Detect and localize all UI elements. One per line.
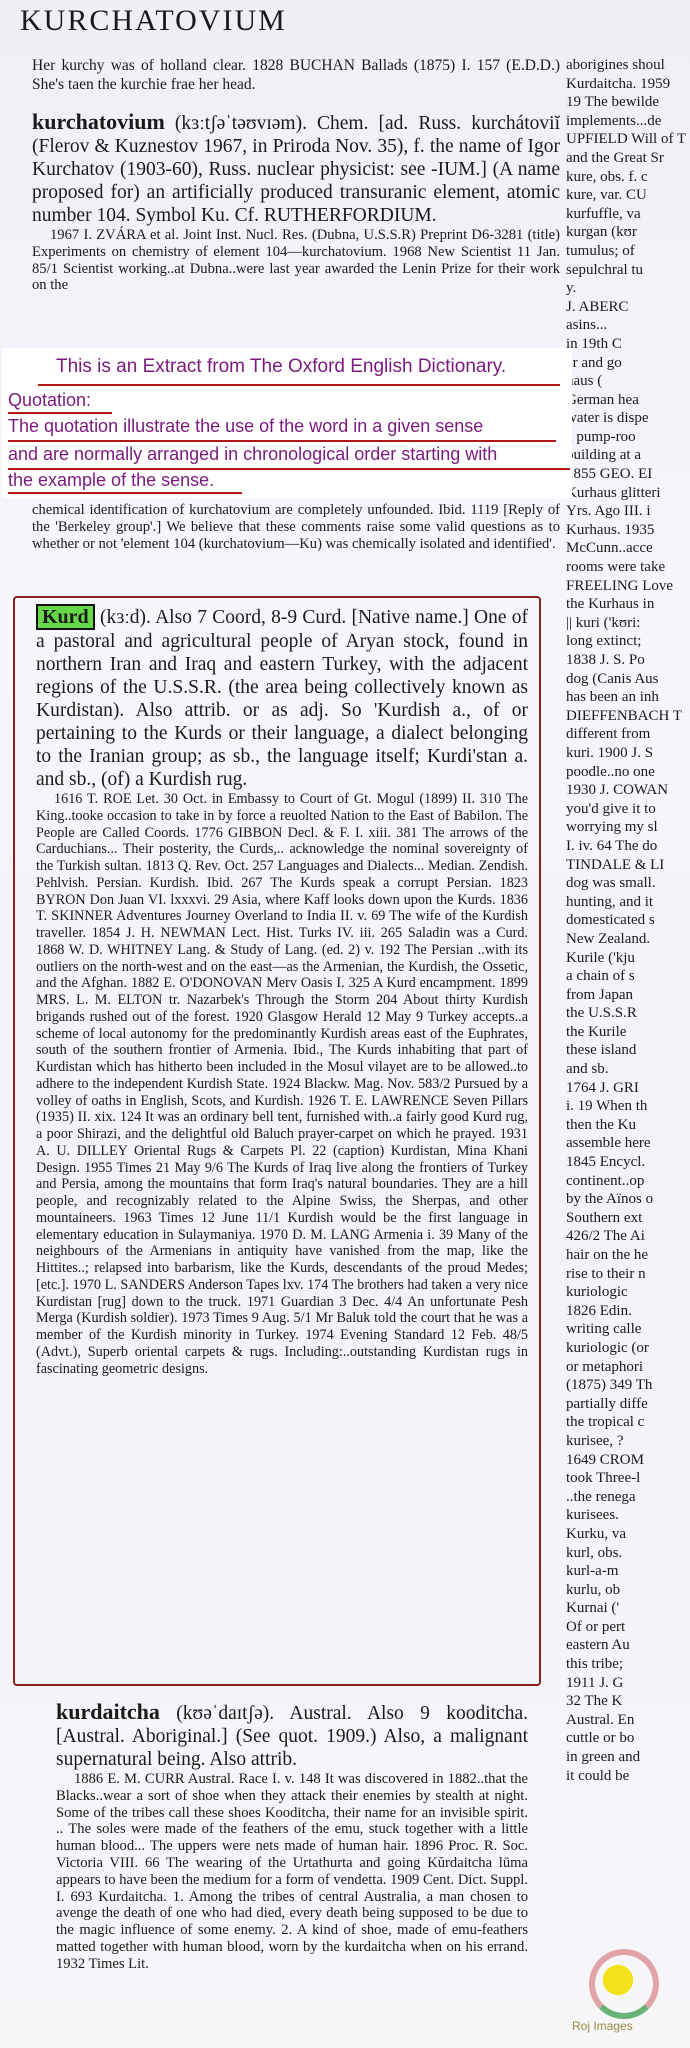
pronunciation: (kɜːtʃəˈtəʊvɪəm). (165, 113, 317, 134)
right-column-line: kuriologic (or (566, 1339, 690, 1358)
right-column-line: partially diffe (566, 1395, 690, 1414)
entry-kurdaitcha: kurdaitcha (kʊəˈdaɪtʃə). Austral. Also 9… (56, 1700, 528, 1973)
right-column-line: kurisee, ? (566, 1432, 690, 1451)
right-column-line: Kurhaus. 1935 (566, 521, 690, 540)
dictionary-page: KURCHATOVIUM Her kurchy was of holland c… (0, 0, 690, 2048)
right-column-line: 1845 Encycl. (566, 1153, 690, 1172)
quotations-kurchatovium: 1967 I. ZVÁRA et al. Joint Inst. Nucl. R… (32, 227, 560, 294)
right-column-line: long extinct; (566, 632, 690, 651)
notice-line-3: the example of the sense. (8, 470, 214, 491)
right-column-line: assemble here (566, 1134, 690, 1153)
notice-line-2: and are normally arranged in chronologic… (8, 444, 497, 465)
kurdish-sun-emblem-icon (583, 1945, 653, 2015)
kurchatovium-continuation: chemical identification of kurchatovium … (32, 502, 560, 552)
right-column-line: continent..op (566, 1172, 690, 1191)
right-column-line: kure, obs. f. c (566, 168, 690, 187)
right-column-line: poodle..no one (566, 763, 690, 782)
left-column: Her kurchy was of holland clear. 1828 BU… (32, 56, 560, 294)
right-column-line: FREELING Love (566, 577, 690, 596)
kurd-quotations: 1616 T. ROE Let. 30 Oct. in Embassy to C… (36, 791, 528, 1377)
right-column-line: these island (566, 1041, 690, 1060)
right-column-line: in 19th C (566, 335, 690, 354)
right-column-line: kuri. 1900 J. S (566, 744, 690, 763)
right-column-line: asins... (566, 316, 690, 335)
right-column-line: eastern Au (566, 1636, 690, 1655)
right-column-line: New Zealand. (566, 930, 690, 949)
right-column-line: different from (566, 725, 690, 744)
right-column-line: the U.S.S.R (566, 1004, 690, 1023)
right-column-line: (1875) 349 Th (566, 1376, 690, 1395)
right-column-line: 32 The K (566, 1692, 690, 1711)
right-column-line: 19 The bewilde (566, 93, 690, 112)
right-column-line: Austral. En (566, 1711, 690, 1730)
right-column-line: hunting, and it (566, 893, 690, 912)
right-column-line: 1764 J. GRI (566, 1079, 690, 1098)
right-column-line: 1649 CROM (566, 1451, 690, 1470)
right-column-line: writing calle (566, 1320, 690, 1339)
right-column-line: kuriologic (566, 1283, 690, 1302)
right-column-line: J. ABERC (566, 298, 690, 317)
running-head: KURCHATOVIUM (20, 4, 287, 38)
right-column-line: building at a (566, 446, 690, 465)
right-column-line: kurisees. (566, 1506, 690, 1525)
right-column-line: then the Ku (566, 1116, 690, 1135)
underline (8, 412, 112, 414)
right-column-line: a pump-roo (566, 428, 690, 447)
notice-title: This is an Extract from The Oxford Engli… (56, 356, 506, 378)
kurd-definition: (kɜːd). Also 7 Coord, 8-9 Curd. [Native … (36, 607, 528, 790)
right-column-line: Kurhaus glitteri (566, 484, 690, 503)
right-column-line: UPFIELD Will of T (566, 130, 690, 149)
right-column-line: i. 19 When th (566, 1097, 690, 1116)
right-column-line: haus ( (566, 372, 690, 391)
underline (8, 440, 556, 442)
right-column-line: cuttle or bo (566, 1729, 690, 1748)
right-column-line: rise to their n (566, 1265, 690, 1284)
right-column-line: dog (Canis Aus (566, 670, 690, 689)
right-column-line: ..the renega (566, 1488, 690, 1507)
entry-kurd: Kurd (kɜːd). Also 7 Coord, 8-9 Curd. [Na… (36, 604, 528, 1377)
right-column-line: took Three-l (566, 1469, 690, 1488)
right-column: aborigines shoulKurdaitcha. 195919 The b… (566, 56, 690, 1785)
right-column-line: implements...de (566, 112, 690, 131)
right-column-line: or metaphori (566, 1358, 690, 1377)
right-column-line: has been an inh (566, 688, 690, 707)
intro-quotation: Her kurchy was of holland clear. 1828 BU… (32, 56, 560, 94)
right-column-line: || kuri ('kʊri: (566, 614, 690, 633)
right-column-line: kure, var. CU (566, 186, 690, 205)
right-column-line: and sb. (566, 1060, 690, 1079)
right-column-line: hair on the he (566, 1246, 690, 1265)
kurdaitcha-quotations: 1886 E. M. CURR Austral. Race I. v. 148 … (56, 1771, 528, 1973)
notice-label: Quotation: (8, 390, 91, 411)
headword-kurchatovium: kurchatovium (32, 109, 165, 134)
annotation-notice: This is an Extract from The Oxford Engli… (2, 348, 572, 498)
right-column-line: rooms were take (566, 558, 690, 577)
right-column-line: Kurku, va (566, 1525, 690, 1544)
right-column-line: the Kurhaus in (566, 595, 690, 614)
right-column-line: water is dispe (566, 409, 690, 428)
right-column-line: Of or pert (566, 1618, 690, 1637)
right-column-line: I. iv. 64 The do (566, 837, 690, 856)
right-column-line: in green and (566, 1748, 690, 1767)
right-column-line: er and go (566, 354, 690, 373)
right-column-line: kurl, obs. (566, 1544, 690, 1563)
headword-kurdaitcha: kurdaitcha (56, 1699, 160, 1724)
right-column-line: by the Aïnos o (566, 1190, 690, 1209)
quotations-kurchatovium-cont: chemical identification of kurchatovium … (32, 502, 560, 552)
underline (8, 492, 242, 494)
right-column-line: domesticated s (566, 911, 690, 930)
right-column-line: you'd give it to (566, 800, 690, 819)
right-column-line: tumulus; of (566, 242, 690, 261)
right-column-line: a chain of s (566, 967, 690, 986)
right-column-line: TINDALE & LI (566, 856, 690, 875)
right-column-line: Kurile ('kju (566, 949, 690, 968)
entry-kurchatovium: kurchatovium (kɜːtʃəˈtəʊvɪəm). Chem. [ad… (32, 110, 560, 227)
right-column-line: kurlu, ob (566, 1581, 690, 1600)
right-column-line: Southern ext (566, 1209, 690, 1228)
right-column-line: DIEFFENBACH T (566, 707, 690, 726)
right-column-line: Yrs. Ago III. i (566, 502, 690, 521)
right-column-line: kurgan (kʊr (566, 223, 690, 242)
right-column-line: this tribe; (566, 1655, 690, 1674)
right-column-line: and the Great Sr (566, 149, 690, 168)
right-column-line: 1838 J. S. Po (566, 651, 690, 670)
right-column-line: Kurnai (' (566, 1599, 690, 1618)
right-column-line: dog was small. (566, 874, 690, 893)
right-column-line: Kurdaitcha. 1959 (566, 75, 690, 94)
right-column-line: it could be (566, 1767, 690, 1786)
headword-kurd-highlighted: Kurd (36, 604, 95, 630)
right-column-line: kurl-a-m (566, 1562, 690, 1581)
right-column-line: 1855 GEO. EI (566, 465, 690, 484)
right-column-line: McCunn..acce (566, 539, 690, 558)
right-column-line: the tropical c (566, 1413, 690, 1432)
right-column-line: from Japan (566, 986, 690, 1005)
right-column-line: aborigines shoul (566, 56, 690, 75)
right-column-line: 1826 Edin. (566, 1302, 690, 1321)
right-column-line: the Kurile (566, 1023, 690, 1042)
right-column-line: 1930 J. COWAN (566, 781, 690, 800)
right-column-line: worrying my sl (566, 818, 690, 837)
right-column-line: y. (566, 279, 690, 298)
right-column-line: 1911 J. G (566, 1674, 690, 1693)
right-column-line: kurfuffle, va (566, 205, 690, 224)
right-column-line: sepulchral tu (566, 261, 690, 280)
watermark-text: Roj Images (572, 2019, 633, 2033)
notice-line-1: The quotation illustrate the use of the … (8, 416, 483, 437)
right-column-line: German hea (566, 391, 690, 410)
right-column-line: 426/2 The Ai (566, 1227, 690, 1246)
underline (38, 384, 560, 386)
